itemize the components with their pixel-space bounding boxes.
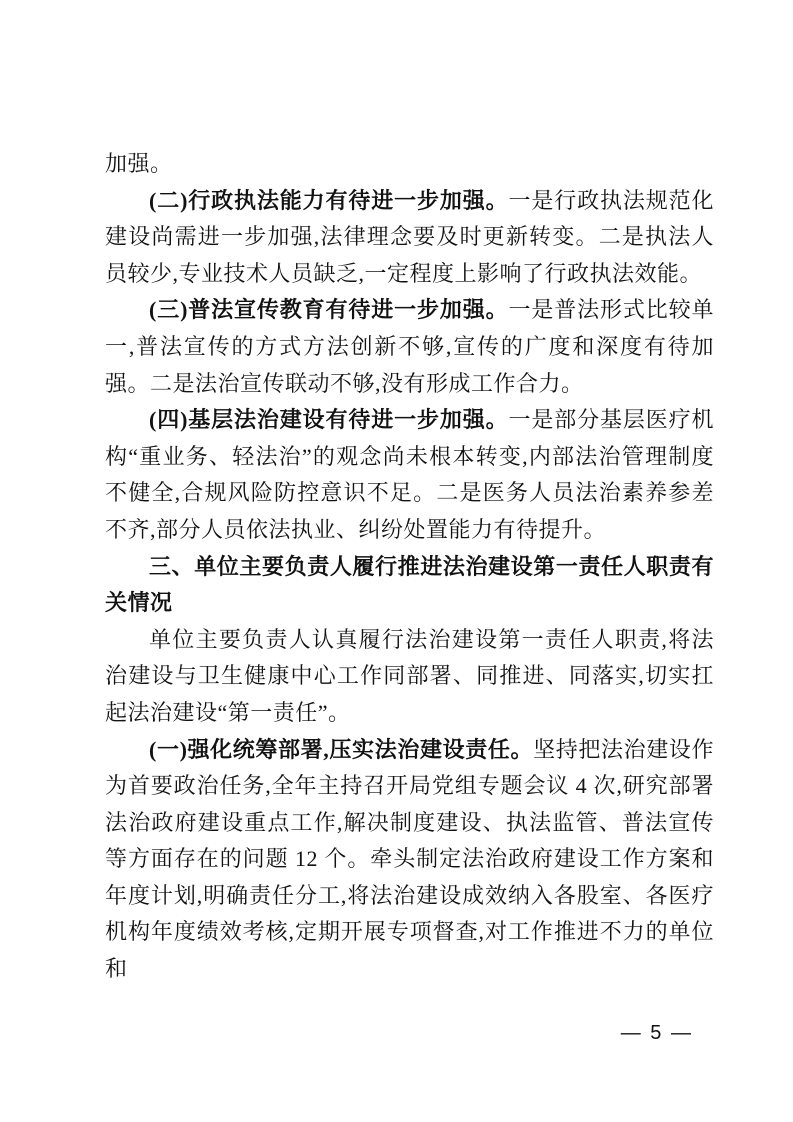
paragraph-item-3: (三)普法宣传教育有待进一步加强。一是普法形式比较单一,普法宣传的方式方法创新不…	[105, 292, 714, 402]
paragraph-item-1: (一)强化统筹部署,压实法治建设责任。坚持把法治建设作为首要政治任务,全年主持召…	[105, 732, 714, 988]
page-footer: — 5 —	[621, 1022, 693, 1045]
paragraph-lead: (二)行政执法能力有待进一步加强。	[149, 188, 509, 213]
section-heading-three: 三、单位主要负责人履行推进法治建设第一责任人职责有关情况	[105, 549, 714, 622]
page-number: — 5 —	[621, 1022, 693, 1044]
paragraph-text: 坚持把法治建设作为首要政治任务,全年主持召开局党组专题会议 4 次,研究部署法治…	[105, 737, 714, 982]
paragraph-item-4: (四)基层法治建设有待进一步加强。一是部分基层医疗机构“重业务、轻法治”的观念尚…	[105, 402, 714, 548]
paragraph-lead: (一)强化统筹部署,压实法治建设责任。	[149, 737, 533, 762]
paragraph-continuation: 加强。	[105, 146, 714, 183]
document-page: 加强。 (二)行政执法能力有待进一步加强。一是行政执法规范化建设尚需进一步加强,…	[0, 0, 793, 1122]
paragraph-item-2: (二)行政执法能力有待进一步加强。一是行政执法规范化建设尚需进一步加强,法律理念…	[105, 183, 714, 293]
document-body: 加强。 (二)行政执法能力有待进一步加强。一是行政执法规范化建设尚需进一步加强,…	[105, 146, 714, 988]
paragraph-text: 单位主要负责人认真履行法治建设第一责任人职责,将法治建设与卫生健康中心工作同部署…	[105, 627, 714, 725]
paragraph-text: 加强。	[105, 151, 173, 176]
paragraph-intro: 单位主要负责人认真履行法治建设第一责任人职责,将法治建设与卫生健康中心工作同部署…	[105, 622, 714, 732]
paragraph-lead: (三)普法宣传教育有待进一步加强。	[149, 297, 509, 322]
paragraph-lead: (四)基层法治建设有待进一步加强。	[149, 407, 509, 432]
